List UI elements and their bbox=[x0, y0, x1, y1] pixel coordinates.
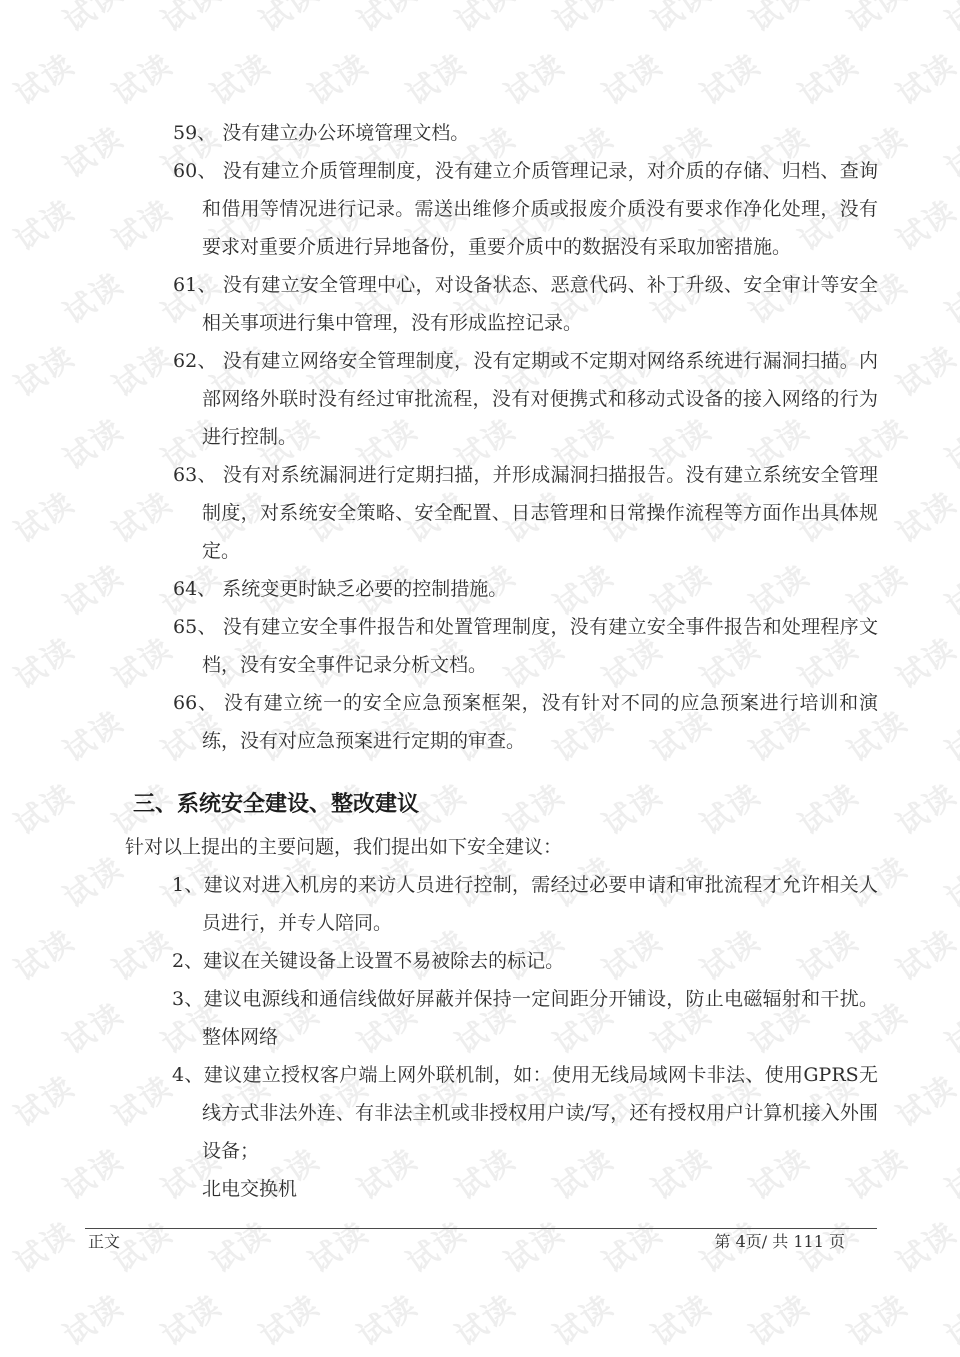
document-page: 试读试读试读试读试读试读试读试读试读试读试读试读试读试读试读试读试读试读试读试读… bbox=[0, 0, 960, 1357]
list-item-number: 3、 bbox=[172, 988, 204, 1010]
list-item: 61、没有建立安全管理中心，对设备状态、恶意代码、补丁升级、安全审计等安全相关事… bbox=[202, 266, 878, 342]
issues-list: 59、没有建立办公环境管理文档。60、没有建立介质管理制度，没有建立介质管理记录… bbox=[0, 114, 960, 760]
trial-read-watermark: 试读 bbox=[837, 1282, 915, 1355]
list-item: 63、没有对系统漏洞进行定期扫描，并形成漏洞扫描报告。没有建立系统安全管理制度，… bbox=[202, 456, 878, 570]
list-item-text: 没有建立安全管理中心，对设备状态、恶意代码、补丁升级、安全审计等安全相关事项进行… bbox=[202, 274, 878, 334]
list-item-number: 2、 bbox=[172, 950, 203, 972]
document-body: 59、没有建立办公环境管理文档。60、没有建立介质管理制度，没有建立介质管理记录… bbox=[0, 114, 960, 1208]
list-item-text: 没有建立网络安全管理制度，没有定期或不定期对网络系统进行漏洞扫描。内部网络外联时… bbox=[202, 350, 878, 448]
trial-read-watermark: 试读 bbox=[249, 0, 327, 40]
trial-read-watermark: 试读 bbox=[4, 41, 82, 114]
list-item-text: 建议在关键设备上设置不易被除去的标记。 bbox=[203, 950, 564, 972]
trial-read-watermark: 试读 bbox=[102, 41, 180, 114]
list-item-text: 系统变更时缺乏必要的控制措施。 bbox=[222, 578, 507, 600]
list-item-number: 4、 bbox=[172, 1064, 204, 1086]
trial-read-watermark: 试读 bbox=[347, 1282, 425, 1355]
trial-read-watermark: 试读 bbox=[494, 41, 572, 114]
intro-paragraph: 针对以上提出的主要问题，我们提出如下安全建议： bbox=[125, 828, 878, 866]
list-item: 59、没有建立办公环境管理文档。 bbox=[202, 114, 878, 152]
list-item-number: 66、 bbox=[173, 692, 218, 714]
trial-read-watermark: 试读 bbox=[641, 1282, 719, 1355]
trial-read-watermark: 试读 bbox=[445, 1282, 523, 1355]
trial-read-watermark: 试读 bbox=[886, 41, 960, 114]
footer-divider bbox=[85, 1228, 877, 1229]
list-item-text: 建议建立授权客户端上网外联机制，如：使用无线局域网卡非法、使用GPRS无线方式非… bbox=[202, 1064, 878, 1162]
list-item-number: 64、 bbox=[173, 578, 216, 600]
list-item-number: 60、 bbox=[173, 160, 217, 182]
list-item-number: 62、 bbox=[173, 350, 217, 372]
trial-read-watermark: 试读 bbox=[543, 1282, 621, 1355]
trial-read-watermark: 试读 bbox=[641, 0, 719, 40]
trial-read-watermark: 试读 bbox=[347, 0, 425, 40]
trial-read-watermark: 试读 bbox=[445, 0, 523, 40]
list-item-number: 65、 bbox=[173, 616, 217, 638]
trial-read-watermark: 试读 bbox=[788, 41, 866, 114]
list-item: 66、没有建立统一的安全应急预案框架，没有针对不同的应急预案进行培训和演练，没有… bbox=[202, 684, 878, 760]
list-item: 2、建议在关键设备上设置不易被除去的标记。 bbox=[202, 942, 878, 980]
trial-read-watermark: 试读 bbox=[396, 41, 474, 114]
trial-read-watermark: 试读 bbox=[396, 1209, 474, 1282]
trial-read-watermark: 试读 bbox=[200, 41, 278, 114]
list-item-text: 没有建立介质管理制度，没有建立介质管理记录，对介质的存储、归档、查询和借用等情况… bbox=[202, 160, 878, 258]
suggestions-list: 1、建议对进入机房的来访人员进行控制，需经过必要申请和审批流程才允许相关人员进行… bbox=[0, 866, 960, 1170]
list-item-text: 建议电源线和通信线做好屏蔽并保持一定间距分开铺设，防止电磁辐射和干扰。整体网络 bbox=[202, 988, 878, 1048]
trial-read-watermark: 试读 bbox=[151, 0, 229, 40]
list-item: 62、没有建立网络安全管理制度，没有定期或不定期对网络系统进行漏洞扫描。内部网络… bbox=[202, 342, 878, 456]
trial-read-watermark: 试读 bbox=[837, 0, 915, 40]
trial-read-watermark: 试读 bbox=[935, 1282, 960, 1355]
trial-read-watermark: 试读 bbox=[592, 1209, 670, 1282]
trial-read-watermark: 试读 bbox=[200, 1209, 278, 1282]
trailing-line: 北电交换机 bbox=[202, 1170, 878, 1208]
trial-read-watermark: 试读 bbox=[249, 1282, 327, 1355]
trial-read-watermark: 试读 bbox=[935, 0, 960, 40]
list-item: 64、系统变更时缺乏必要的控制措施。 bbox=[202, 570, 878, 608]
trial-read-watermark: 试读 bbox=[543, 0, 621, 40]
list-item-text: 建议对进入机房的来访人员进行控制，需经过必要申请和审批流程才允许相关人员进行，并… bbox=[202, 874, 878, 934]
trial-read-watermark: 试读 bbox=[4, 1209, 82, 1282]
list-item: 3、建议电源线和通信线做好屏蔽并保持一定间距分开铺设，防止电磁辐射和干扰。整体网… bbox=[202, 980, 878, 1056]
list-item-text: 没有对系统漏洞进行定期扫描，并形成漏洞扫描报告。没有建立系统安全管理制度，对系统… bbox=[202, 464, 878, 562]
list-item-number: 1、 bbox=[172, 874, 204, 896]
trial-read-watermark: 试读 bbox=[739, 0, 817, 40]
footer-page-indicator: 第 4页/ 共 111 页 bbox=[715, 1232, 845, 1252]
list-item-number: 63、 bbox=[173, 464, 217, 486]
trial-read-watermark: 试读 bbox=[53, 0, 131, 40]
list-item: 65、没有建立安全事件报告和处置管理制度，没有建立安全事件报告和处理程序文档，没… bbox=[202, 608, 878, 684]
footer-section-label: 正文 bbox=[88, 1232, 120, 1252]
list-item: 4、建议建立授权客户端上网外联机制，如：使用无线局域网卡非法、使用GPRS无线方… bbox=[202, 1056, 878, 1170]
list-item-text: 没有建立办公环境管理文档。 bbox=[222, 122, 469, 144]
trial-read-watermark: 试读 bbox=[739, 1282, 817, 1355]
section-heading: 三、系统安全建设、整改建议 bbox=[133, 790, 878, 820]
list-item-text: 没有建立统一的安全应急预案框架，没有针对不同的应急预案进行培训和演练，没有对应急… bbox=[202, 692, 878, 752]
list-item-number: 59、 bbox=[173, 122, 216, 144]
list-item: 60、没有建立介质管理制度，没有建立介质管理记录，对介质的存储、归档、查询和借用… bbox=[202, 152, 878, 266]
trial-read-watermark: 试读 bbox=[886, 1209, 960, 1282]
list-item-text: 没有建立安全事件报告和处置管理制度，没有建立安全事件报告和处理程序文档，没有安全… bbox=[202, 616, 878, 676]
trial-read-watermark: 试读 bbox=[53, 1282, 131, 1355]
trial-read-watermark: 试读 bbox=[690, 41, 768, 114]
trial-read-watermark: 试读 bbox=[494, 1209, 572, 1282]
trial-read-watermark: 试读 bbox=[298, 41, 376, 114]
trial-read-watermark: 试读 bbox=[592, 41, 670, 114]
trial-read-watermark: 试读 bbox=[151, 1282, 229, 1355]
trial-read-watermark: 试读 bbox=[298, 1209, 376, 1282]
list-item-number: 61、 bbox=[173, 274, 217, 296]
list-item: 1、建议对进入机房的来访人员进行控制，需经过必要申请和审批流程才允许相关人员进行… bbox=[202, 866, 878, 942]
